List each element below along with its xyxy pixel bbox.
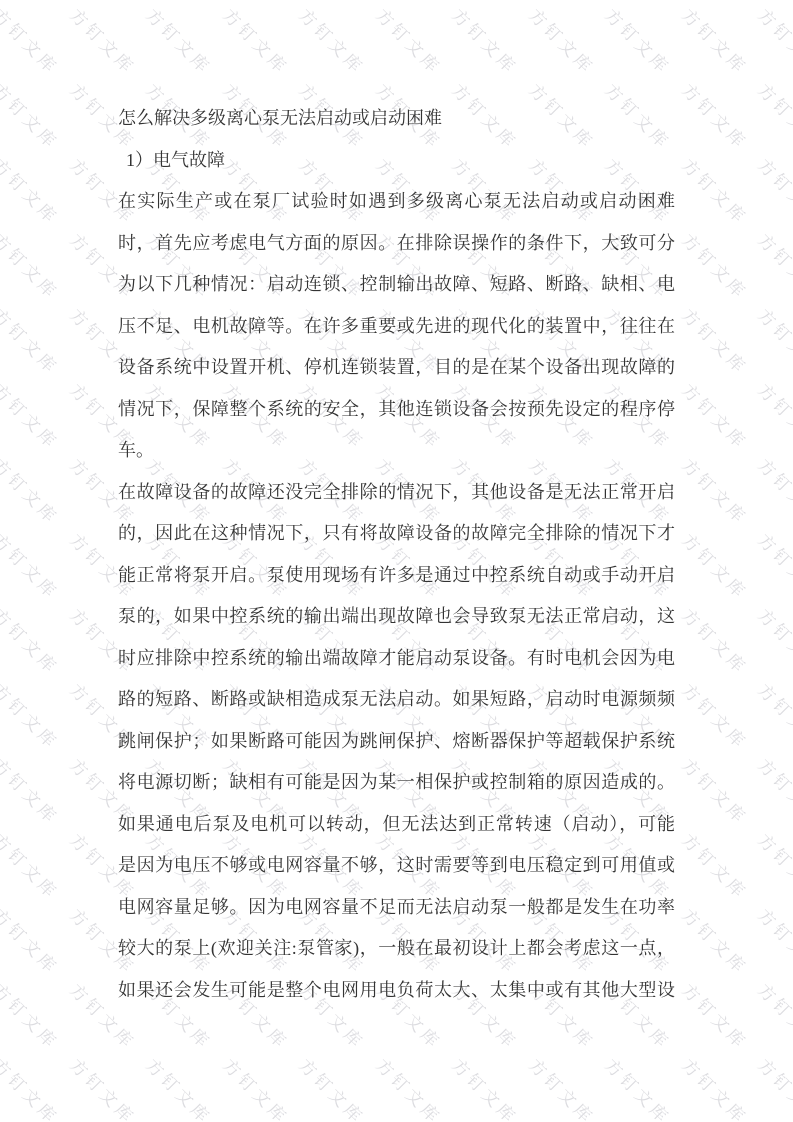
watermark-text: 方钉文库	[753, 77, 793, 154]
watermark-text: 方钉文库	[0, 302, 65, 379]
watermark-text: 方钉文库	[600, 1052, 677, 1122]
watermark-text: 方钉文库	[524, 2, 601, 79]
watermark-text: 方钉文库	[447, 1052, 524, 1122]
watermark-text: 方钉文库	[0, 977, 65, 1054]
text-line: 设备系统中设置开机、停机连锁装置，目的是在某个设备出现故障的	[118, 347, 675, 389]
text-line: 路的短路、断路或缺相造成泵无法启动。如果短路，启动时电源频频	[118, 679, 675, 721]
watermark-text: 方钉文库	[753, 527, 793, 604]
watermark-text: 方钉文库	[677, 602, 754, 679]
watermark-text: 方钉文库	[753, 752, 793, 829]
watermark-text: 方钉文库	[753, 602, 793, 679]
watermark-text: 方钉文库	[677, 752, 754, 829]
text-line: 时应排除中控系统的输出端故障才能启动泵设备。有时电机会因为电	[118, 638, 675, 680]
text-line: 在故障设备的故障还没完全排除的情况下，其他设备是无法正常开启	[118, 472, 675, 514]
watermark-text: 方钉文库	[753, 677, 793, 754]
watermark-text: 方钉文库	[753, 452, 793, 529]
watermark-text: 方钉文库	[0, 752, 65, 829]
section-heading: 1）电气故障	[118, 140, 675, 182]
text-line: 车。	[118, 430, 675, 472]
watermark-text: 方钉文库	[753, 902, 793, 979]
watermark-text: 方钉文库	[677, 677, 754, 754]
watermark-text: 方钉文库	[65, 2, 142, 79]
watermark-text: 方钉文库	[677, 2, 754, 79]
watermark-text: 方钉文库	[677, 902, 754, 979]
text-line: 情况下，保障整个系统的安全，其他连锁设备会按预先设定的程序停	[118, 389, 675, 431]
paragraph: 在故障设备的故障还没完全排除的情况下，其他设备是无法正常开启的，因此在这种情况下…	[118, 472, 675, 1012]
watermark-text: 方钉文库	[0, 77, 65, 154]
paragraphs: 在实际生产或在泵厂试验时如遇到多级离心泵无法启动或启动困难时，首先应考虑电气方面…	[118, 181, 675, 1011]
watermark-text: 方钉文库	[218, 2, 295, 79]
text-line: 在实际生产或在泵厂试验时如遇到多级离心泵无法启动或启动困难	[118, 181, 675, 223]
text-line: 跳闸保护；如果断路可能因为跳闸保护、熔断器保护等超载保护系统	[118, 721, 675, 763]
watermark-text: 方钉文库	[218, 1052, 295, 1122]
watermark-text: 方钉文库	[0, 377, 65, 454]
text-line: 能正常将泵开启。泵使用现场有许多是通过中控系统自动或手动开启	[118, 555, 675, 597]
watermark-text: 方钉文库	[753, 302, 793, 379]
watermark-text: 方钉文库	[753, 377, 793, 454]
watermark-text: 方钉文库	[677, 302, 754, 379]
watermark-text: 方钉文库	[371, 1052, 448, 1122]
watermark-text: 方钉文库	[753, 977, 793, 1054]
text-line: 将电源切断；缺相有可能是因为某一相保护或控制箱的原因造成的。	[118, 762, 675, 804]
text-line: 电网容量足够。因为电网容量不足而无法启动泵一般都是发生在功率	[118, 887, 675, 929]
watermark-text: 方钉文库	[0, 902, 65, 979]
watermark-text: 方钉文库	[677, 452, 754, 529]
watermark-text: 方钉文库	[677, 527, 754, 604]
paragraph: 在实际生产或在泵厂试验时如遇到多级离心泵无法启动或启动困难时，首先应考虑电气方面…	[118, 181, 675, 472]
watermark-text: 方钉文库	[0, 152, 65, 229]
text-line: 压不足、电机故障等。在许多重要或先进的现代化的装置中，往往在	[118, 306, 675, 348]
watermark-text: 方钉文库	[294, 1052, 371, 1122]
text-line: 较大的泵上(欢迎关注:泵管家)，一般在最初设计上都会考虑这一点，	[118, 928, 675, 970]
watermark-text: 方钉文库	[447, 2, 524, 79]
text-line: 如果通电后泵及电机可以转动，但无法达到正常转速（启动），可能	[118, 804, 675, 846]
watermark-text: 方钉文库	[753, 2, 793, 79]
text-line: 的，因此在这种情况下，只有将故障设备的故障完全排除的情况下才	[118, 513, 675, 555]
watermark-text: 方钉文库	[0, 2, 65, 79]
watermark-text: 方钉文库	[0, 527, 65, 604]
watermark-text: 方钉文库	[677, 77, 754, 154]
watermark-text: 方钉文库	[0, 602, 65, 679]
watermark-text: 方钉文库	[0, 827, 65, 904]
watermark-text: 方钉文库	[294, 2, 371, 79]
text-line: 时，首先应考虑电气方面的原因。在排除误操作的条件下，大致可分	[118, 223, 675, 265]
watermark-text: 方钉文库	[753, 227, 793, 304]
watermark-text: 方钉文库	[600, 2, 677, 79]
text-line: 为以下几种情况：启动连锁、控制输出故障、短路、断路、缺相、电	[118, 264, 675, 306]
watermark-text: 方钉文库	[65, 1052, 142, 1122]
watermark-text: 方钉文库	[0, 1052, 65, 1122]
watermark-text: 方钉文库	[677, 1052, 754, 1122]
document-content: 怎么解决多级离心泵无法启动或启动困难 1）电气故障 在实际生产或在泵厂试验时如遇…	[118, 98, 675, 1011]
watermark-text: 方钉文库	[677, 152, 754, 229]
text-line: 泵的，如果中控系统的输出端出现故障也会导致泵无法正常启动，这	[118, 596, 675, 638]
watermark-text: 方钉文库	[677, 827, 754, 904]
watermark-text: 方钉文库	[524, 1052, 601, 1122]
watermark-text: 方钉文库	[371, 2, 448, 79]
watermark-text: 方钉文库	[753, 1052, 793, 1122]
watermark-text: 方钉文库	[753, 152, 793, 229]
watermark-text: 方钉文库	[141, 1052, 218, 1122]
watermark-text: 方钉文库	[753, 827, 793, 904]
watermark-text: 方钉文库	[141, 2, 218, 79]
watermark-text: 方钉文库	[0, 452, 65, 529]
watermark-text: 方钉文库	[677, 377, 754, 454]
document-page: 方钉文库方钉文库方钉文库方钉文库方钉文库方钉文库方钉文库方钉文库方钉文库方钉文库…	[0, 0, 793, 1122]
text-line: 是因为电压不够或电网容量不够，这时需要等到电压稳定到可用值或	[118, 845, 675, 887]
watermark-text: 方钉文库	[0, 227, 65, 304]
watermark-text: 方钉文库	[0, 677, 65, 754]
text-line: 如果还会发生可能是整个电网用电负荷太大、太集中或有其他大型设	[118, 970, 675, 1012]
watermark-text: 方钉文库	[677, 227, 754, 304]
watermark-text: 方钉文库	[677, 977, 754, 1054]
document-title: 怎么解决多级离心泵无法启动或启动困难	[118, 98, 675, 140]
